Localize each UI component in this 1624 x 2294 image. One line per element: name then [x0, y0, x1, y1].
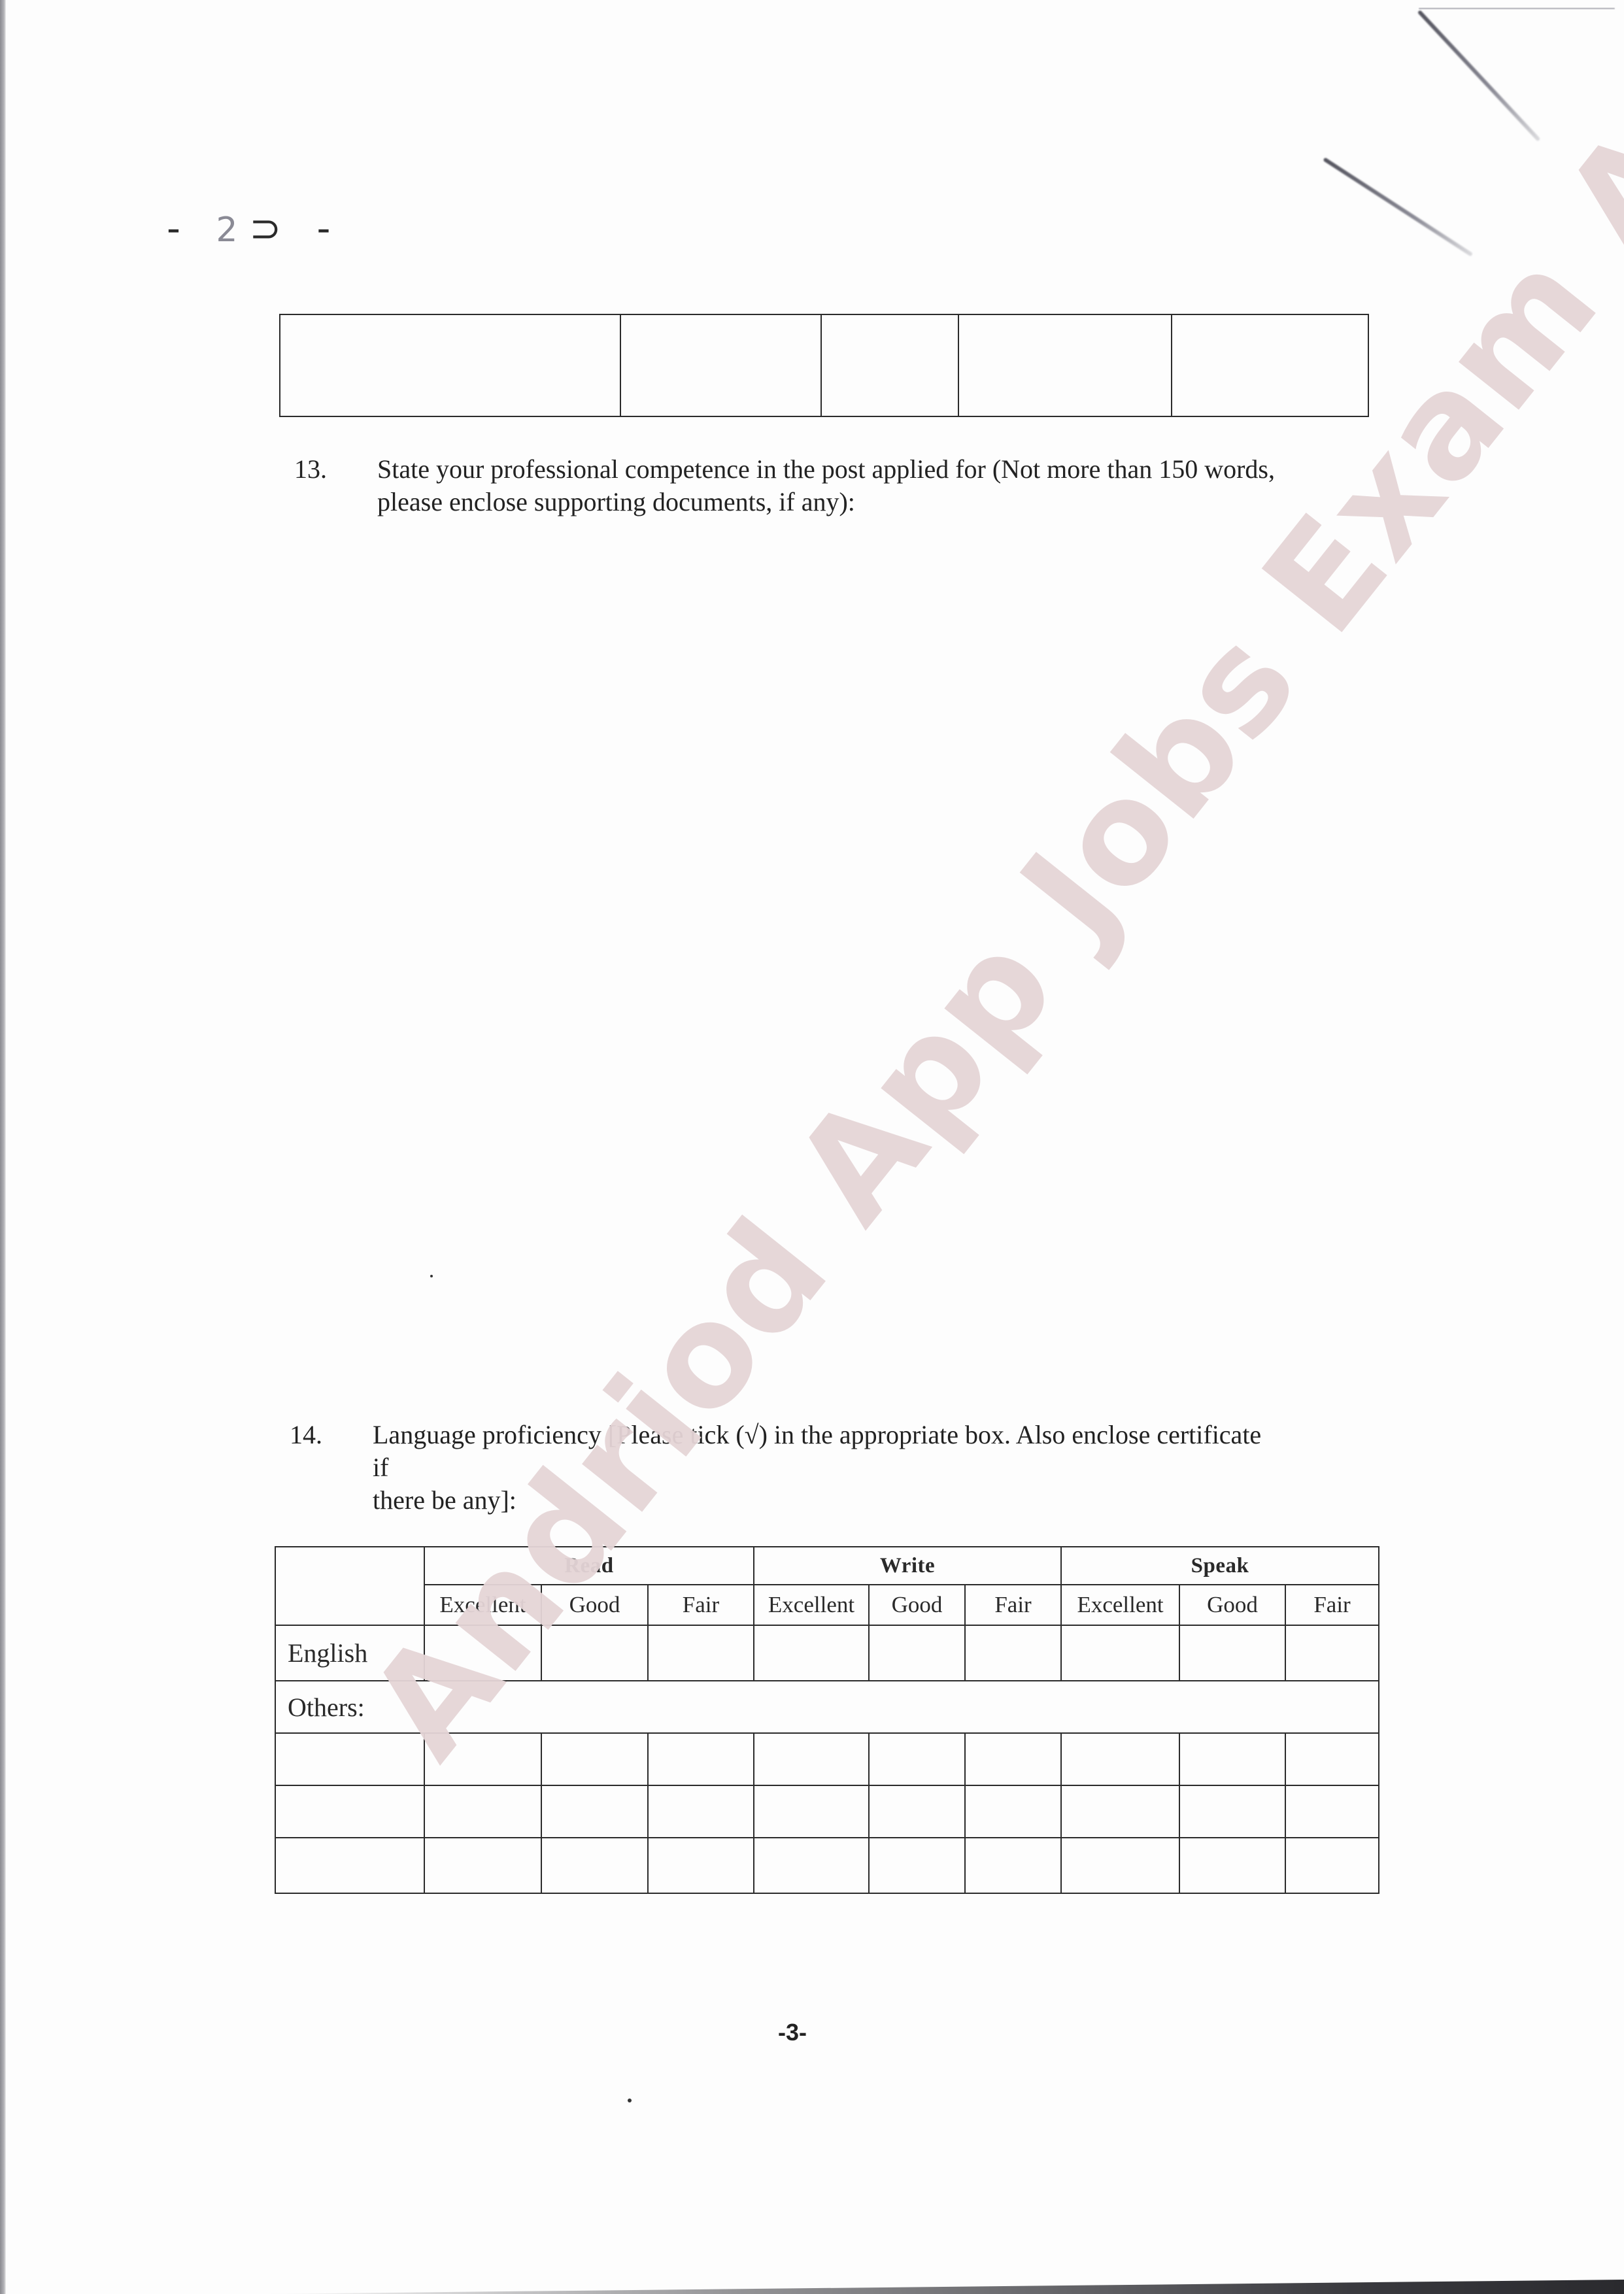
level-header: Fair — [648, 1585, 754, 1625]
group-header-speak: Speak — [1061, 1547, 1379, 1585]
tick-box-read-excellent[interactable] — [424, 1733, 541, 1785]
tick-box-write-fair[interactable] — [965, 1785, 1061, 1838]
question-number: 14. — [290, 1419, 322, 1451]
language-name-field[interactable] — [275, 1733, 424, 1785]
question-text: there be any]: — [373, 1484, 516, 1517]
continuation-table — [279, 314, 1369, 417]
dash: - — [167, 206, 192, 250]
tick-box-read-fair[interactable] — [648, 1838, 754, 1893]
question-14: 14. Language proficiency [Please tick (√… — [290, 1419, 1401, 1523]
dash: - — [317, 206, 343, 250]
tick-box-speak-good[interactable] — [1179, 1625, 1285, 1681]
handwritten-digit: 2 — [216, 211, 249, 250]
table-row-other-language — [275, 1838, 1379, 1893]
handwritten-digit: ⊃ — [249, 206, 293, 250]
table-cell[interactable] — [1172, 314, 1368, 416]
level-header-row: Excellent Good Fair Excellent Good Fair … — [275, 1585, 1379, 1625]
scan-speck — [430, 1275, 433, 1277]
handwritten-page-mark: - 2⊃ - — [167, 206, 342, 250]
tick-box-read-fair[interactable] — [648, 1625, 754, 1681]
pencil-mark — [1417, 10, 1541, 142]
scan-bottom-shadow — [262, 2280, 1624, 2294]
pencil-mark — [1323, 157, 1473, 256]
tick-box-speak-excellent[interactable] — [1061, 1785, 1179, 1838]
tick-box-write-good[interactable] — [869, 1733, 965, 1785]
level-header: Excellent — [1061, 1585, 1179, 1625]
tick-box-read-good[interactable] — [541, 1733, 648, 1785]
language-name-field[interactable] — [275, 1785, 424, 1838]
tick-box-read-excellent[interactable] — [424, 1625, 541, 1681]
language-proficiency-table: Read Write Speak Excellent Good Fair Exc… — [275, 1546, 1379, 1894]
tick-box-write-excellent[interactable] — [754, 1785, 869, 1838]
answer-area-13[interactable] — [294, 536, 1373, 1386]
table-row-others-header: Others: — [275, 1681, 1379, 1733]
question-13: 13. State your professional competence i… — [294, 453, 1406, 525]
level-header: Excellent — [754, 1585, 869, 1625]
tick-box-speak-excellent[interactable] — [1061, 1733, 1179, 1785]
level-header: Excellent — [424, 1585, 541, 1625]
question-text: Language proficiency [Please tick (√) in… — [373, 1419, 1261, 1451]
group-header-write: Write — [754, 1547, 1061, 1585]
tick-box-write-good[interactable] — [869, 1785, 965, 1838]
tick-box-read-fair[interactable] — [648, 1733, 754, 1785]
tick-box-speak-fair[interactable] — [1285, 1625, 1379, 1681]
tick-box-write-good[interactable] — [869, 1625, 965, 1681]
tick-box-read-excellent[interactable] — [424, 1785, 541, 1838]
level-header: Good — [541, 1585, 648, 1625]
group-header-row: Read Write Speak — [275, 1547, 1379, 1585]
tick-box-speak-fair[interactable] — [1285, 1838, 1379, 1893]
tick-box-speak-fair[interactable] — [1285, 1785, 1379, 1838]
corner-cell — [275, 1547, 424, 1625]
tick-box-write-excellent[interactable] — [754, 1733, 869, 1785]
table-row-other-language — [275, 1785, 1379, 1838]
tick-box-read-good[interactable] — [541, 1785, 648, 1838]
page-number: -3- — [778, 2019, 807, 2046]
tick-box-speak-good[interactable] — [1179, 1838, 1285, 1893]
tick-box-write-good[interactable] — [869, 1838, 965, 1893]
tick-box-speak-good[interactable] — [1179, 1733, 1285, 1785]
group-header-read: Read — [424, 1547, 754, 1585]
tick-box-speak-excellent[interactable] — [1061, 1838, 1179, 1893]
tick-box-speak-good[interactable] — [1179, 1785, 1285, 1838]
pencil-mark — [1419, 8, 1615, 9]
level-header: Good — [1179, 1585, 1285, 1625]
question-number: 13. — [294, 453, 327, 486]
table-cell[interactable] — [280, 314, 620, 416]
language-name-field[interactable] — [275, 1838, 424, 1893]
scan-left-edge — [0, 0, 6, 2294]
table-cell[interactable] — [821, 314, 958, 416]
tick-box-write-fair[interactable] — [965, 1733, 1061, 1785]
table-cell[interactable] — [958, 314, 1172, 416]
tick-box-write-fair[interactable] — [965, 1625, 1061, 1681]
level-header: Fair — [1285, 1585, 1379, 1625]
tick-box-speak-fair[interactable] — [1285, 1733, 1379, 1785]
table-cell[interactable] — [620, 314, 821, 416]
table-row — [280, 314, 1368, 416]
table-row-other-language — [275, 1733, 1379, 1785]
tick-box-read-good[interactable] — [541, 1838, 648, 1893]
tick-box-write-fair[interactable] — [965, 1838, 1061, 1893]
question-text: please enclose supporting documents, if … — [377, 486, 855, 518]
question-text: State your professional competence in th… — [377, 453, 1275, 486]
tick-box-read-fair[interactable] — [648, 1785, 754, 1838]
level-header: Good — [869, 1585, 965, 1625]
row-label-others: Others: — [275, 1681, 1379, 1733]
row-label-english: English — [275, 1625, 424, 1681]
level-header: Fair — [965, 1585, 1061, 1625]
tick-box-write-excellent[interactable] — [754, 1625, 869, 1681]
tick-box-speak-excellent[interactable] — [1061, 1625, 1179, 1681]
tick-box-read-excellent[interactable] — [424, 1838, 541, 1893]
scan-speck — [628, 2099, 632, 2102]
tick-box-read-good[interactable] — [541, 1625, 648, 1681]
tick-box-write-excellent[interactable] — [754, 1838, 869, 1893]
table-row-english: English — [275, 1625, 1379, 1681]
question-text: if — [373, 1451, 388, 1484]
